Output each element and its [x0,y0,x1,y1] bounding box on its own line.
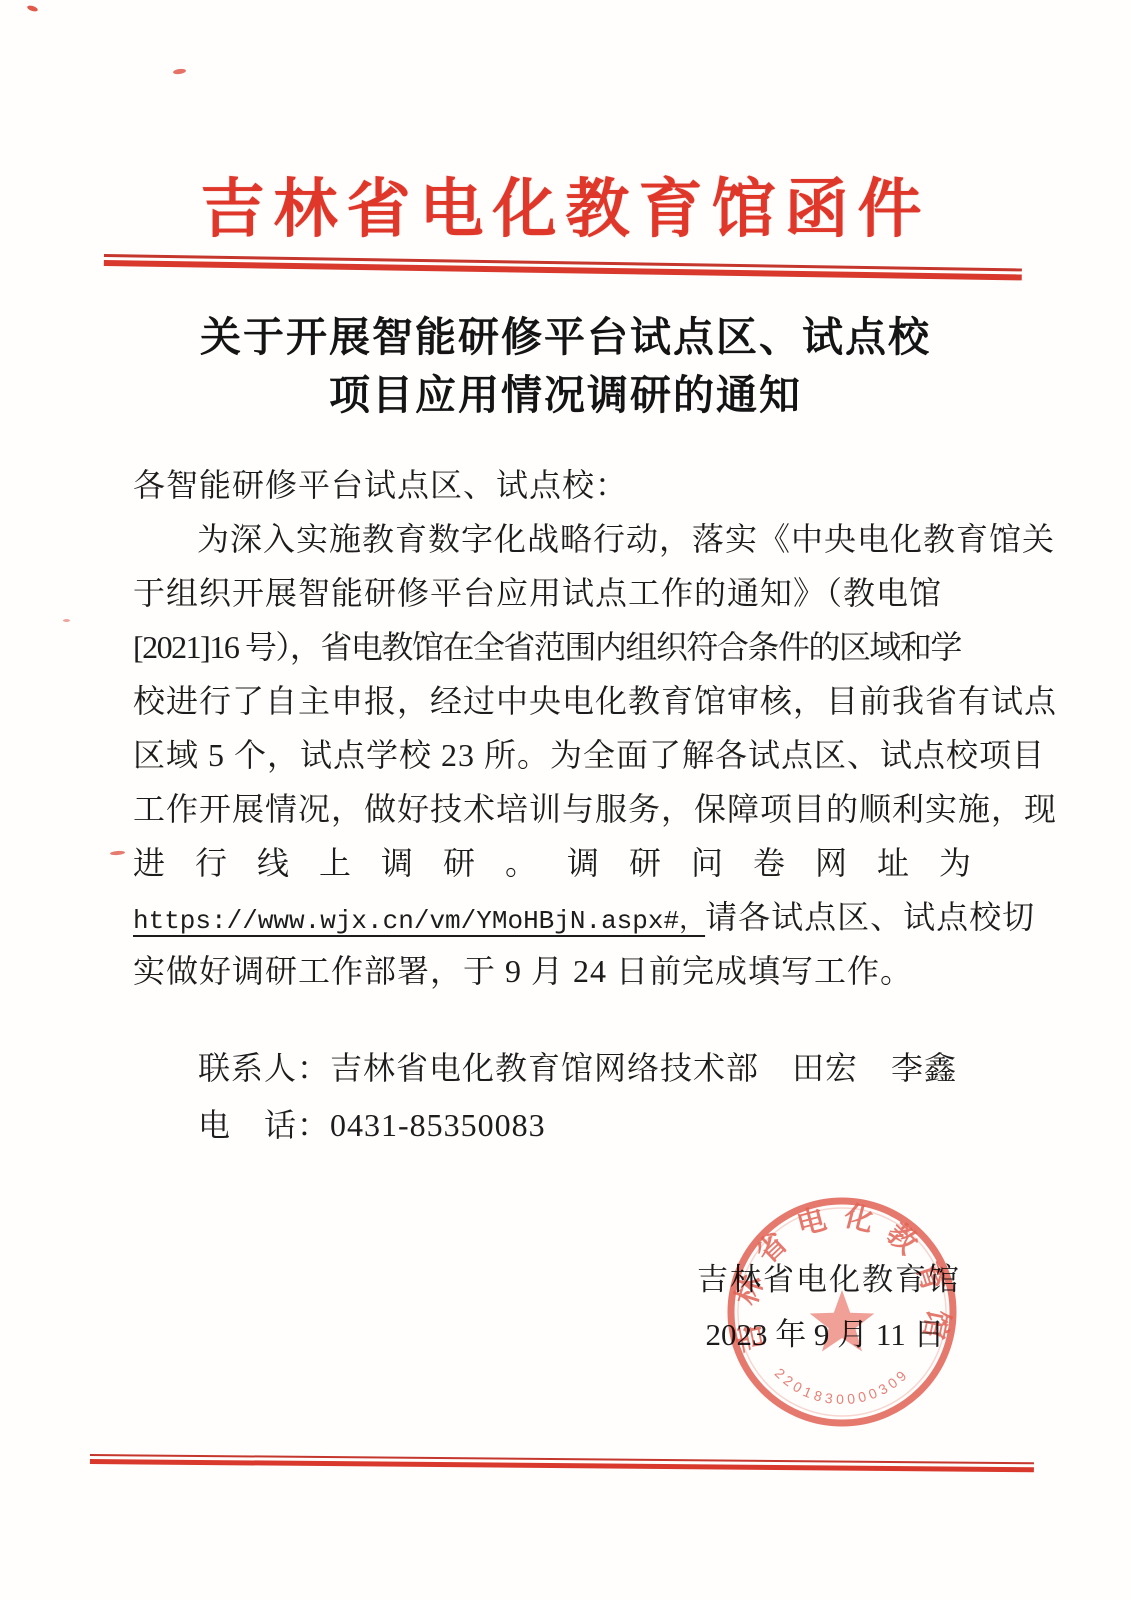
scan-artifact [110,850,125,855]
header-rule [104,254,1022,280]
scanned-official-letter: 吉林省电化教育馆函件 关于开展智能研修平台试点区、试点校 项目应用情况调研的通知… [0,0,1131,1600]
paragraph-line: 于组织开展智能研修平台应用试点工作的通知》（教电馆 [133,566,1003,620]
seal-serial-number: 2201830000309 [772,1365,913,1407]
scan-artifact [173,68,187,75]
contact-phone-line: 电 话：0431-85350083 [198,1097,957,1154]
scan-artifact [63,619,70,622]
official-seal: 吉林省电化教育馆 2201830000309 [714,1184,970,1440]
letterhead-title: 吉林省电化教育馆函件 [0,158,1131,250]
survey-url-link: https://www.wjx.cn/vm/YMoHBjN.aspx#， [133,906,705,936]
paragraph-line: 进行线上调研。调研问卷网址为 [133,836,1033,890]
url-line: https://www.wjx.cn/vm/YMoHBjN.aspx#，请各试点… [133,890,1003,944]
paragraph-line: 工作开展情况，做好技术培训与服务，保障项目的顺利实施，现 [133,782,1003,836]
paragraph-line: 校进行了自主申报，经过中央电化教育馆审核，目前我省有试点 [133,674,1003,728]
url-line-tail: 请各试点区、试点校切 [705,899,1035,935]
scan-artifact [26,4,38,12]
contact-person-line: 联系人：吉林省电化教育馆网络技术部 田宏 李鑫 [198,1040,957,1097]
document-title-line-2: 项目应用情况调研的通知 [0,366,1131,424]
document-title-line-1: 关于开展智能研修平台试点区、试点校 [0,308,1131,366]
closing-line: 实做好调研工作部署，于 9 月 24 日前完成填写工作。 [133,944,1003,998]
document-title: 关于开展智能研修平台试点区、试点校 项目应用情况调研的通知 [0,308,1131,424]
contact-block: 联系人：吉林省电化教育馆网络技术部 田宏 李鑫 电 话：0431-8535008… [198,1040,957,1154]
paragraph-line: [2021]16 号），省电教馆在全省范围内组织符合条件的区域和学 [133,620,1003,674]
seal-star-icon [810,1290,875,1352]
letter-body: 各智能研修平台试点区、试点校： 为深入实施教育数字化战略行动，落实《中央电化教育… [133,458,1003,998]
svg-text:2201830000309: 2201830000309 [772,1365,913,1407]
paragraph-line: 区域 5 个，试点学校 23 所。为全面了解各试点区、试点校项目 [133,728,1003,782]
footer-rule [90,1454,1034,1472]
salutation-line: 各智能研修平台试点区、试点校： [133,458,1003,512]
paragraph-line: 为深入实施教育数字化战略行动，落实《中央电化教育馆关 [133,512,1003,566]
